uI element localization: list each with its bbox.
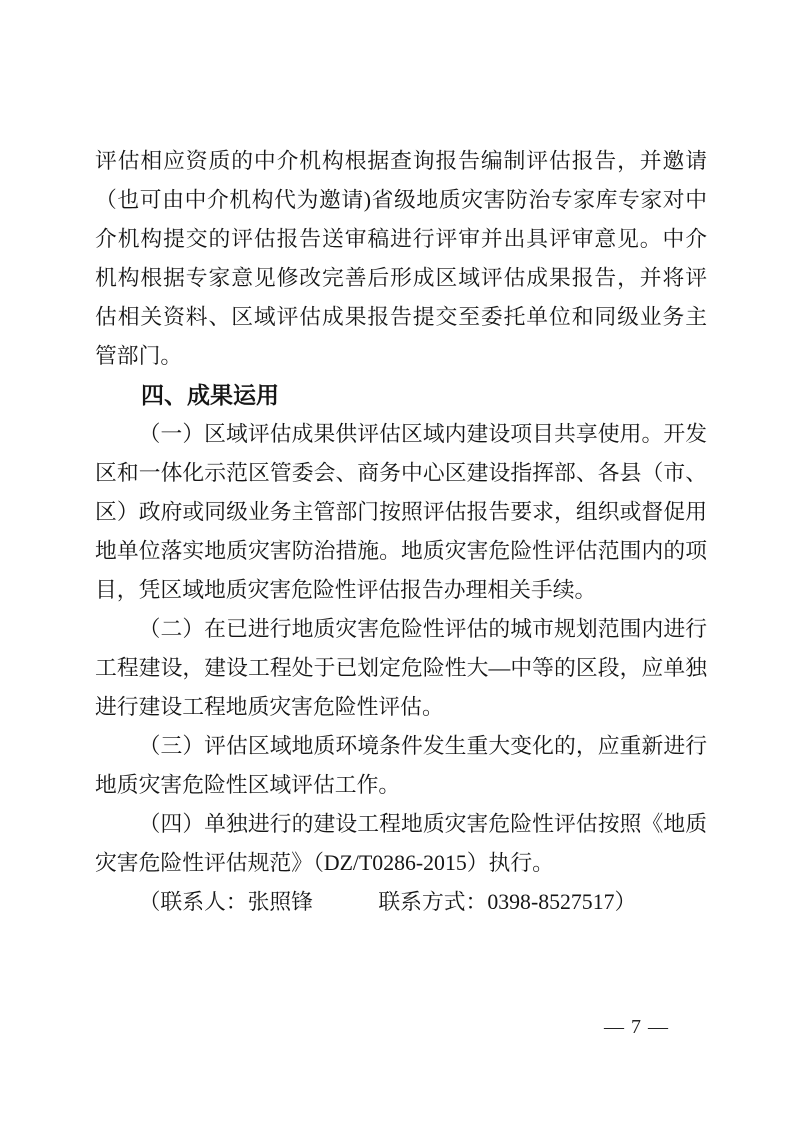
body-line: 地质灾害危险性区域评估工作。 — [95, 766, 707, 805]
body-line: 机构根据专家意见修改完善后形成区域评估成果报告，并将评 — [95, 259, 707, 298]
body-line: 区和一体化示范区管委会、商务中心区建设指挥部、各县（市、 — [95, 454, 707, 493]
body-line: 区）政府或同级业务主管部门按照评估报告要求，组织或督促用 — [95, 493, 707, 532]
body-line: （一）区域评估成果供评估区域内建设项目共享使用。开发 — [95, 415, 707, 454]
document-page: 评估相应资质的中介机构根据查询报告编制评估报告，并邀请 （也可由中介机构代为邀请… — [0, 0, 791, 1123]
body-line: 进行建设工程地质灾害危险性评估。 — [95, 688, 707, 727]
document-text: 评估相应资质的中介机构根据查询报告编制评估报告，并邀请 （也可由中介机构代为邀请… — [95, 142, 707, 922]
body-line: （三）评估区域地质环境条件发生重大变化的，应重新进行 — [95, 727, 707, 766]
body-line: 估相关资料、区域评估成果报告提交至委托单位和同级业务主 — [95, 298, 707, 337]
body-line: （二）在已进行地质灾害危险性评估的城市规划范围内进行 — [95, 610, 707, 649]
body-line: 目，凭区域地质灾害危险性评估报告办理相关手续。 — [95, 571, 707, 610]
body-line: 管部门。 — [95, 337, 707, 376]
body-line: 工程建设，建设工程处于已划定危险性大—中等的区段，应单独 — [95, 649, 707, 688]
body-line: 介机构提交的评估报告送审稿进行评审并出具评审意见。中介 — [95, 220, 707, 259]
body-line: （四）单独进行的建设工程地质灾害危险性评估按照《地质 — [95, 805, 707, 844]
contact-line: （联系人：张照锋 联系方式：0398-8527517） — [95, 883, 707, 922]
body-line: 评估相应资质的中介机构根据查询报告编制评估报告，并邀请 — [95, 142, 707, 181]
body-line: 地单位落实地质灾害防治措施。地质灾害危险性评估范围内的项 — [95, 532, 707, 571]
body-line: （也可由中介机构代为邀请)省级地质灾害防治专家库专家对中 — [95, 181, 707, 220]
body-line: 灾害危险性评估规范》（DZ/T0286-2015）执行。 — [95, 844, 707, 883]
section-heading: 四、成果运用 — [95, 376, 707, 415]
page-number: — 7 — — [604, 1016, 669, 1039]
